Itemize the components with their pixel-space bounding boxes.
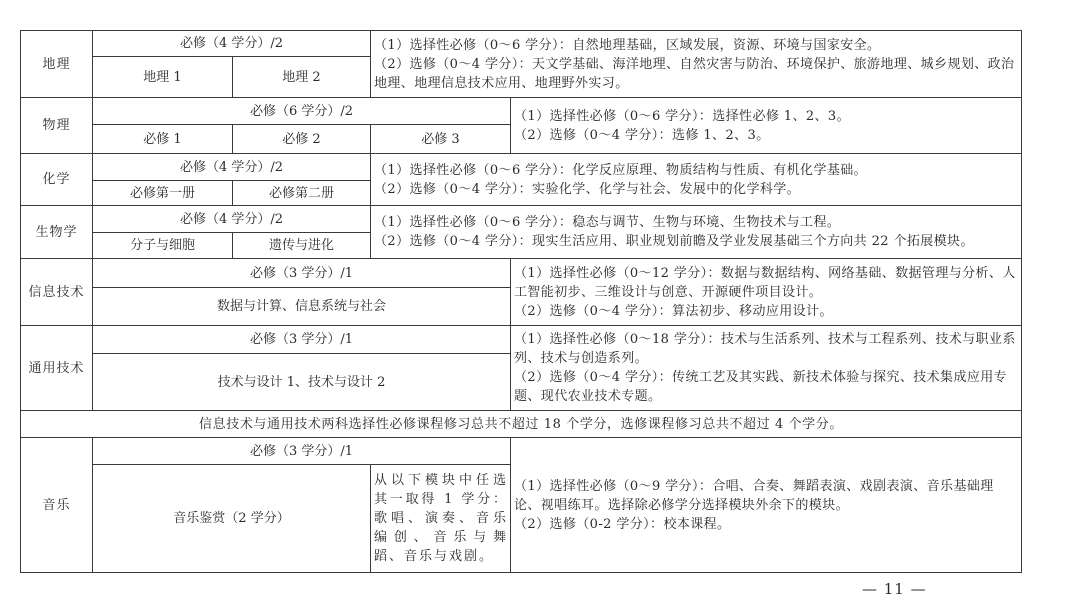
general-tech-elective-required: （1）选择性必修（0～18 学分）：技术与生活系列、技术与工程系列、技术与职业系… <box>514 330 1019 368</box>
biology-electives: （1）选择性必修（0～6 学分）：稳态与调节、生物与环境、生物技术与工程。 （2… <box>370 205 1022 259</box>
chemistry-electives: （1）选择性必修（0～6 学分）：化学反应原理、物质结构与性质、有机化学基础。 … <box>370 153 1022 206</box>
chemistry-elective-required: （1）选择性必修（0～6 学分）：化学反应原理、物质结构与性质、有机化学基础。 <box>374 161 1019 180</box>
biology-elective: （2）选修（0～4 学分）：现实生活应用、职业规划前瞻及学业发展基础三个方向共 … <box>374 232 1019 251</box>
it-elective: （2）选修（0～4 学分）：算法初步、移动应用设计。 <box>514 302 1019 321</box>
music-electives: （1）选择性必修（0～9 学分）：合唱、合奏、舞蹈表演、戏剧表演、音乐基础理论、… <box>510 437 1022 573</box>
it-modules: 数据与计算、信息系统与社会 <box>92 287 511 326</box>
geography-module-1: 地理 1 <box>92 56 233 98</box>
subject-biology: 生物学 <box>20 205 93 259</box>
geography-elective-required: （1）选择性必修（0～6 学分）：自然地理基础，区域发展，资源、环境与国家安全。 <box>374 36 1019 55</box>
geography-module-2: 地理 2 <box>232 56 371 98</box>
physics-elective: （2）选修（0～4 学分）：选修 1、2、3。 <box>514 126 1019 145</box>
page-number: — 11 — <box>862 580 927 598</box>
subject-information-technology: 信息技术 <box>20 258 93 326</box>
physics-module-2: 必修 2 <box>232 124 371 154</box>
physics-elective-required: （1）选择性必修（0～6 学分）：选择性必修 1、2、3。 <box>514 107 1019 126</box>
subject-chemistry: 化学 <box>20 153 93 206</box>
subject-physics: 物理 <box>20 97 93 154</box>
biology-module-2: 遗传与进化 <box>232 232 371 259</box>
geography-required: 必修（4 学分）/2 <box>92 30 371 57</box>
credit-limit-note: 信息技术与通用技术两科选择性必修课程修习总共不超过 18 个学分，选修课程修习总… <box>20 410 1022 438</box>
general-tech-electives: （1）选择性必修（0～18 学分）：技术与生活系列、技术与工程系列、技术与职业系… <box>510 325 1022 411</box>
music-required: 必修（3 学分）/1 <box>92 437 511 465</box>
subject-music: 音乐 <box>20 437 93 573</box>
geography-electives: （1）选择性必修（0～6 学分）：自然地理基础，区域发展，资源、环境与国家安全。… <box>370 30 1022 98</box>
music-elective-required: （1）选择性必修（0～9 学分）：合唱、合奏、舞蹈表演、戏剧表演、音乐基础理论、… <box>514 477 1019 515</box>
biology-module-1: 分子与细胞 <box>92 232 233 259</box>
curriculum-table-page: 地理 必修（4 学分）/2 地理 1 地理 2 （1）选择性必修（0～6 学分）… <box>0 0 1080 615</box>
chemistry-module-1: 必修第一册 <box>92 180 233 206</box>
music-elective: （2）选修（0-2 学分）：校本课程。 <box>514 515 1019 534</box>
general-tech-modules: 技术与设计 1、技术与设计 2 <box>92 353 511 411</box>
chemistry-module-2: 必修第二册 <box>232 180 371 206</box>
music-module-appreciation: 音乐鉴赏（2 学分） <box>92 464 371 573</box>
chemistry-elective: （2）选修（0～4 学分）：实验化学、化学与社会、发展中的化学科学。 <box>374 180 1019 199</box>
it-electives: （1）选择性必修（0～12 学分）：数据与数据结构、网络基础、数据管理与分析、人… <box>510 258 1022 326</box>
biology-elective-required: （1）选择性必修（0～6 学分）：稳态与调节、生物与环境、生物技术与工程。 <box>374 213 1019 232</box>
physics-required: 必修（6 学分）/2 <box>92 97 511 125</box>
physics-module-3: 必修 3 <box>370 124 511 154</box>
it-required: 必修（3 学分）/1 <box>92 258 511 288</box>
music-module-choice: 从以下模块中任选其一取得 1 学分：歌唱、演奏、音乐编创、音乐与舞蹈、音乐与戏剧… <box>370 464 511 573</box>
biology-required: 必修（4 学分）/2 <box>92 205 371 233</box>
general-tech-required: 必修（3 学分）/1 <box>92 325 511 354</box>
general-tech-elective: （2）选修（0～4 学分）：传统工艺及其实践、新技术体验与探究、技术集成应用专题… <box>514 368 1019 406</box>
physics-module-1: 必修 1 <box>92 124 233 154</box>
chemistry-required: 必修（4 学分）/2 <box>92 153 371 181</box>
physics-electives: （1）选择性必修（0～6 学分）：选择性必修 1、2、3。 （2）选修（0～4 … <box>510 97 1022 154</box>
geography-elective: （2）选修（0～4 学分）：天文学基础、海洋地理、自然灾害与防治、环境保护、旅游… <box>374 55 1019 93</box>
it-elective-required: （1）选择性必修（0～12 学分）：数据与数据结构、网络基础、数据管理与分析、人… <box>514 264 1019 302</box>
subject-general-technology: 通用技术 <box>20 325 93 411</box>
subject-geography: 地理 <box>20 30 93 98</box>
